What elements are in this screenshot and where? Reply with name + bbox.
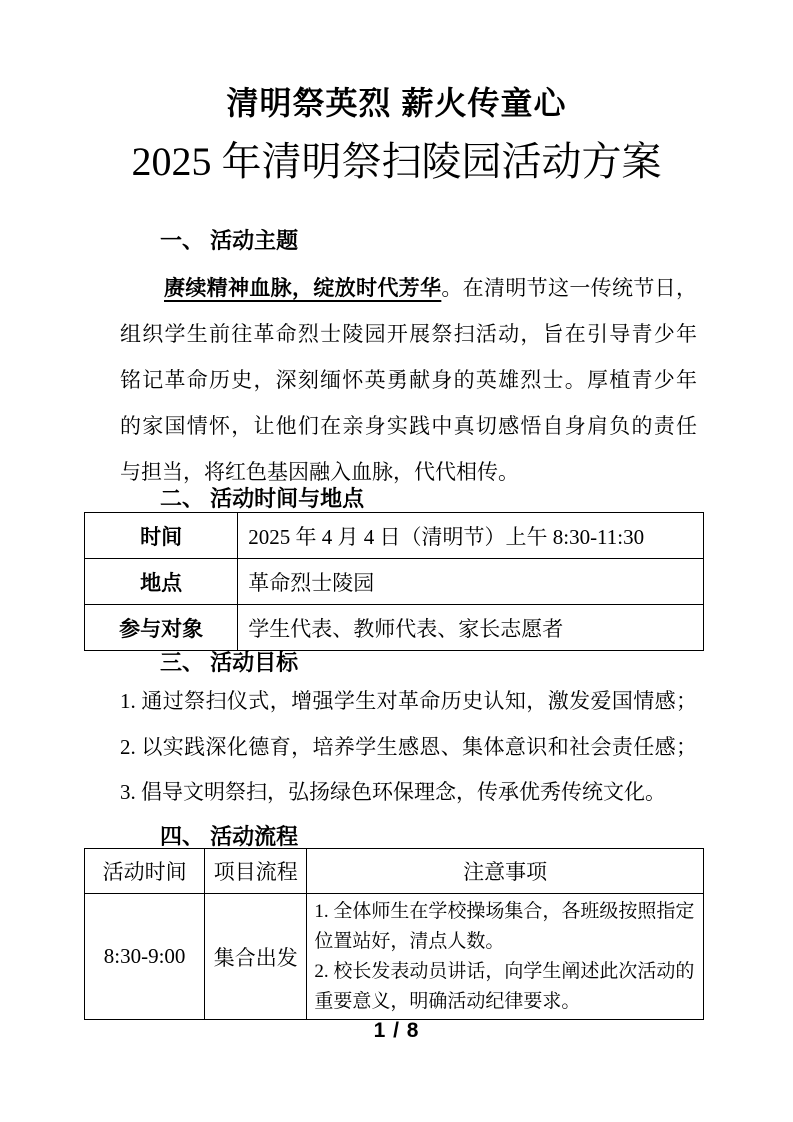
schedule-header-notes: 注意事项 <box>307 849 704 894</box>
section-heading-theme: 一、 活动主题 <box>160 228 298 254</box>
info-table: 时间 2025 年 4 月 4 日（清明节）上午 8:30-11:30 地点 革… <box>84 512 704 651</box>
schedule-notes: 1. 全体师生在学校操场集合，各班级按照指定位置站好，清点人数。 2. 校长发表… <box>307 894 704 1020</box>
theme-paragraph: 赓续精神血脉，绽放时代芳华。在清明节这一传统节日， 组织学生前往革命烈士陵园开展… <box>120 265 697 495</box>
info-label-participants: 参与对象 <box>85 605 238 651</box>
paragraph-line: 的家国情怀，让他们在亲身实践中真切感悟自身肩负的责任 <box>120 403 697 449</box>
doc-subtitle: 清明祭英烈 薪火传童心 <box>0 84 793 122</box>
info-value-time: 2025 年 4 月 4 日（清明节）上午 8:30-11:30 <box>238 513 704 559</box>
note-line: 2. 校长发表动员讲话，向学生阐述此次活动的重要意义，明确活动纪律要求。 <box>314 957 696 1017</box>
paragraph-text: 。在清明节这一传统节日， <box>441 276 697 300</box>
table-header-row: 活动时间 项目流程 注意事项 <box>85 849 704 894</box>
page-number: 1 / 8 <box>0 1018 793 1044</box>
section-heading-goals: 三、 活动目标 <box>160 650 298 676</box>
schedule-item: 集合出发 <box>205 894 307 1020</box>
doc-title: 2025 年清明祭扫陵园活动方案 <box>0 136 793 188</box>
goal-item: 1. 通过祭扫仪式，增强学生对革命历史认知，激发爱国情感； <box>120 679 697 725</box>
info-label-time: 时间 <box>85 513 238 559</box>
note-line: 1. 全体师生在学校操场集合，各班级按照指定位置站好，清点人数。 <box>314 897 696 957</box>
paragraph-line: 铭记革命历史，深刻缅怀英勇献身的英雄烈士。厚植青少年 <box>120 357 697 403</box>
paragraph-line: 组织学生前往革命烈士陵园开展祭扫活动，旨在引导青少年 <box>120 311 697 357</box>
goals-list: 1. 通过祭扫仪式，增强学生对革命历史认知，激发爱国情感； 2. 以实践深化德育… <box>120 679 697 816</box>
info-value-place: 革命烈士陵园 <box>238 559 704 605</box>
info-value-participants: 学生代表、教师代表、家长志愿者 <box>238 605 704 651</box>
table-row: 8:30-9:00 集合出发 1. 全体师生在学校操场集合，各班级按照指定位置站… <box>85 894 704 1020</box>
table-row: 地点 革命烈士陵园 <box>85 559 704 605</box>
goal-item: 2. 以实践深化德育，培养学生感恩、集体意识和社会责任感； <box>120 725 697 771</box>
table-row: 参与对象 学生代表、教师代表、家长志愿者 <box>85 605 704 651</box>
table-row: 时间 2025 年 4 月 4 日（清明节）上午 8:30-11:30 <box>85 513 704 559</box>
section-heading-time-place: 二、 活动时间与地点 <box>160 486 364 512</box>
schedule-header-time: 活动时间 <box>85 849 205 894</box>
underlined-lead-text: 赓续精神血脉，绽放时代芳华 <box>164 276 441 300</box>
section-heading-process: 四、 活动流程 <box>160 824 298 850</box>
schedule-table: 活动时间 项目流程 注意事项 8:30-9:00 集合出发 1. 全体师生在学校… <box>84 848 704 1020</box>
schedule-time: 8:30-9:00 <box>85 894 205 1020</box>
schedule-header-item: 项目流程 <box>205 849 307 894</box>
document-page: 清明祭英烈 薪火传童心 2025 年清明祭扫陵园活动方案 一、 活动主题 赓续精… <box>0 0 793 1122</box>
goal-item: 3. 倡导文明祭扫，弘扬绿色环保理念，传承优秀传统文化。 <box>120 770 697 816</box>
info-label-place: 地点 <box>85 559 238 605</box>
paragraph-line: 赓续精神血脉，绽放时代芳华。在清明节这一传统节日， <box>120 265 697 311</box>
